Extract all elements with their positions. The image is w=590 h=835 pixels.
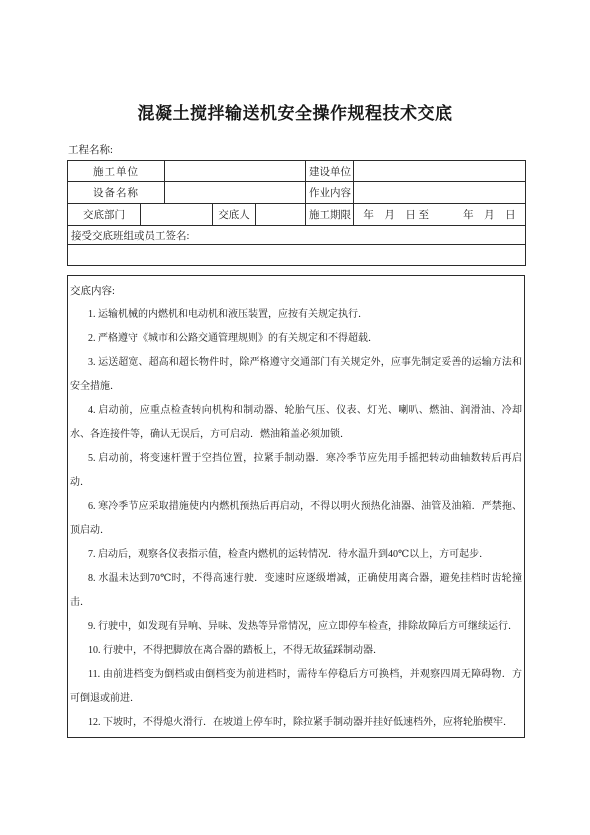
disclosure-content-label: 交底内容: — [70, 281, 522, 303]
disclosure-content-box: 交底内容: 1. 运输机械的内燃机和电动机和液压装置，应按有关规定执行．2. 严… — [67, 275, 525, 738]
signature-value[interactable] — [68, 245, 526, 266]
construction-period-label: 施工期限 — [306, 204, 354, 226]
signature-label: 接受交底班组或员工签名: — [68, 226, 526, 245]
content-item: 3. 运送超宽、超高和超长物件时，除严格遵守交通部门有关规定外，应事先制定妥善的… — [70, 351, 522, 399]
page-title: 混凝土搅拌输送机安全操作规程技术交底 — [0, 99, 590, 124]
content-item: 4. 启动前，应重点检查转向机构和制动器、轮胎气压、仪表、灯光、喇叭、燃油、润滑… — [70, 399, 522, 447]
table-row: 施工单位 建设单位 — [68, 161, 526, 182]
disclosure-dept-label: 交底部门 — [68, 204, 141, 226]
equipment-name-label: 设备名称 — [68, 182, 165, 204]
content-item: 2. 严格遵守《城市和公路交通管理规则》的有关规定和不得超载． — [70, 327, 522, 351]
table-row: 交底部门 交底人 施工期限 年 月 日 至 年 月 日 — [68, 204, 526, 226]
content-item: 12. 下坡时，不得熄火滑行．在坡道上停车时，除拉紧手制动器并挂好低速档外，应将… — [70, 711, 522, 735]
construction-period-value[interactable]: 年 月 日 至 年 月 日 — [354, 204, 526, 226]
disclosure-dept-value[interactable] — [141, 204, 213, 226]
building-unit-label: 建设单位 — [306, 161, 354, 182]
discloser-label: 交底人 — [213, 204, 256, 226]
project-name-label: 工程名称: — [68, 142, 113, 157]
content-item: 9. 行驶中，如发现有异响、异味、发热等异常情况，应立即停车检查，排除故障后方可… — [70, 615, 522, 639]
table-row: 设备名称 作业内容 — [68, 182, 526, 204]
content-item: 5. 启动前，将变速杆置于空挡位置，拉紧手制动器．寒冷季节应先用手摇把转动曲轴数… — [70, 447, 522, 495]
content-item: 1. 运输机械的内燃机和电动机和液压装置，应按有关规定执行． — [70, 303, 522, 327]
content-item: 8. 水温未达到70℃时，不得高速行驶．变速时应逐级增减，正确使用离合器，避免挂… — [70, 567, 522, 615]
content-item: 10. 行驶中，不得把脚放在离合器的踏板上，不得无故猛踩制动器． — [70, 639, 522, 663]
content-item: 7. 启动后，观察各仪表指示值，检查内燃机的运转情况．待水温升到40℃以上，方可… — [70, 543, 522, 567]
disclosure-content-items: 1. 运输机械的内燃机和电动机和液压装置，应按有关规定执行．2. 严格遵守《城市… — [70, 303, 522, 738]
equipment-name-value[interactable] — [165, 182, 306, 204]
construction-unit-label: 施工单位 — [68, 161, 165, 182]
table-row — [68, 245, 526, 266]
content-item: 13. 在泞滑、冰雪的路面上应低速行驶，不得快速急转弯或紧急制动．必要时安装上防… — [70, 735, 522, 738]
info-table: 施工单位 建设单位 设备名称 作业内容 交底部门 交底人 施工期限 年 月 日 … — [67, 160, 526, 266]
construction-unit-value[interactable] — [165, 161, 306, 182]
document-page: 混凝土搅拌输送机安全操作规程技术交底 工程名称: 施工单位 建设单位 设备名称 … — [0, 0, 590, 835]
content-item: 11. 由前进档变为倒档或由倒档变为前进档时，需待车停稳后方可换档，并观察四周无… — [70, 663, 522, 711]
table-row: 接受交底班组或员工签名: — [68, 226, 526, 245]
building-unit-value[interactable] — [354, 161, 526, 182]
discloser-value[interactable] — [256, 204, 306, 226]
work-content-value[interactable] — [354, 182, 526, 204]
content-item: 6. 寒冷季节应采取措施使内内燃机预热后再启动，不得以明火预热化油器、油管及油箱… — [70, 495, 522, 543]
work-content-label: 作业内容 — [306, 182, 354, 204]
